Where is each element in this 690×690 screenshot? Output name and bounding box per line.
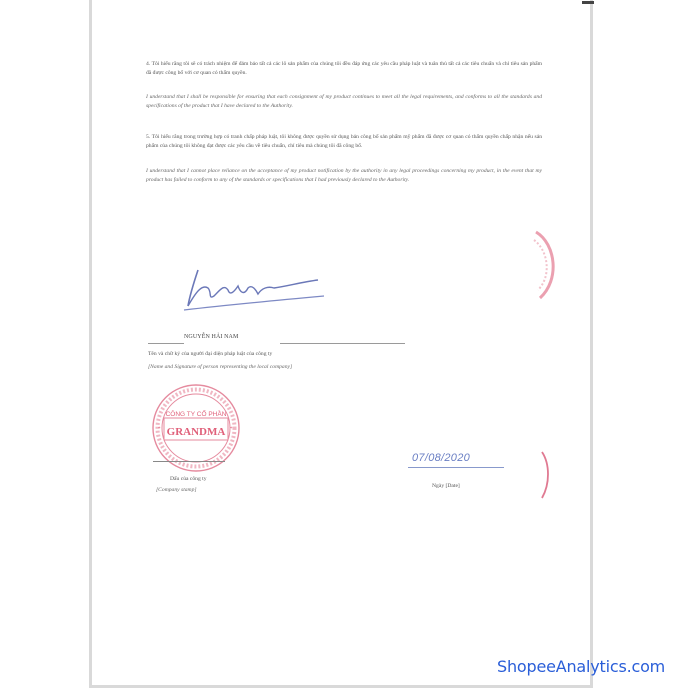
date-caption: Ngày [Date] bbox=[432, 483, 460, 489]
representative-name: NGUYỄN HẢI NAM bbox=[184, 334, 238, 340]
partial-seal-bottom bbox=[538, 450, 558, 500]
partial-seal-top bbox=[530, 230, 570, 300]
stamp-caption-vietnamese: Dấu của công ty bbox=[170, 476, 207, 482]
paragraph-4-vietnamese: 4. Tôi hiểu rằng tôi sẽ có trách nhiệm đ… bbox=[146, 60, 542, 78]
paragraph-5-english: I understand that I cannot place relianc… bbox=[146, 167, 542, 185]
paragraph-5-vietnamese: 5. Tôi hiểu rằng trong trường hợp có tra… bbox=[146, 133, 542, 151]
signature-line-left bbox=[148, 343, 184, 344]
stamp-caption-english: [Company stamp] bbox=[156, 487, 197, 493]
signature-line-right bbox=[280, 343, 405, 344]
representative-caption-english: [Name and Signature of person representi… bbox=[148, 364, 292, 370]
scan-mark bbox=[582, 1, 594, 4]
svg-text:GRANDMA: GRANDMA bbox=[167, 426, 226, 438]
date-value: 07/08/2020 bbox=[412, 452, 470, 464]
stamp-line bbox=[153, 461, 225, 462]
paragraph-4-english: I understand that I shall be responsible… bbox=[146, 93, 542, 111]
svg-text:*: * bbox=[158, 427, 161, 432]
representative-caption-vietnamese: Tên và chữ ký của người đại diện pháp lu… bbox=[148, 351, 272, 357]
handwritten-signature bbox=[178, 262, 328, 312]
watermark: ShopeeAnalytics.com bbox=[497, 657, 665, 676]
date-line bbox=[408, 467, 504, 468]
svg-text:CÔNG TY CỔ PHẦN: CÔNG TY CỔ PHẦN bbox=[166, 408, 227, 418]
